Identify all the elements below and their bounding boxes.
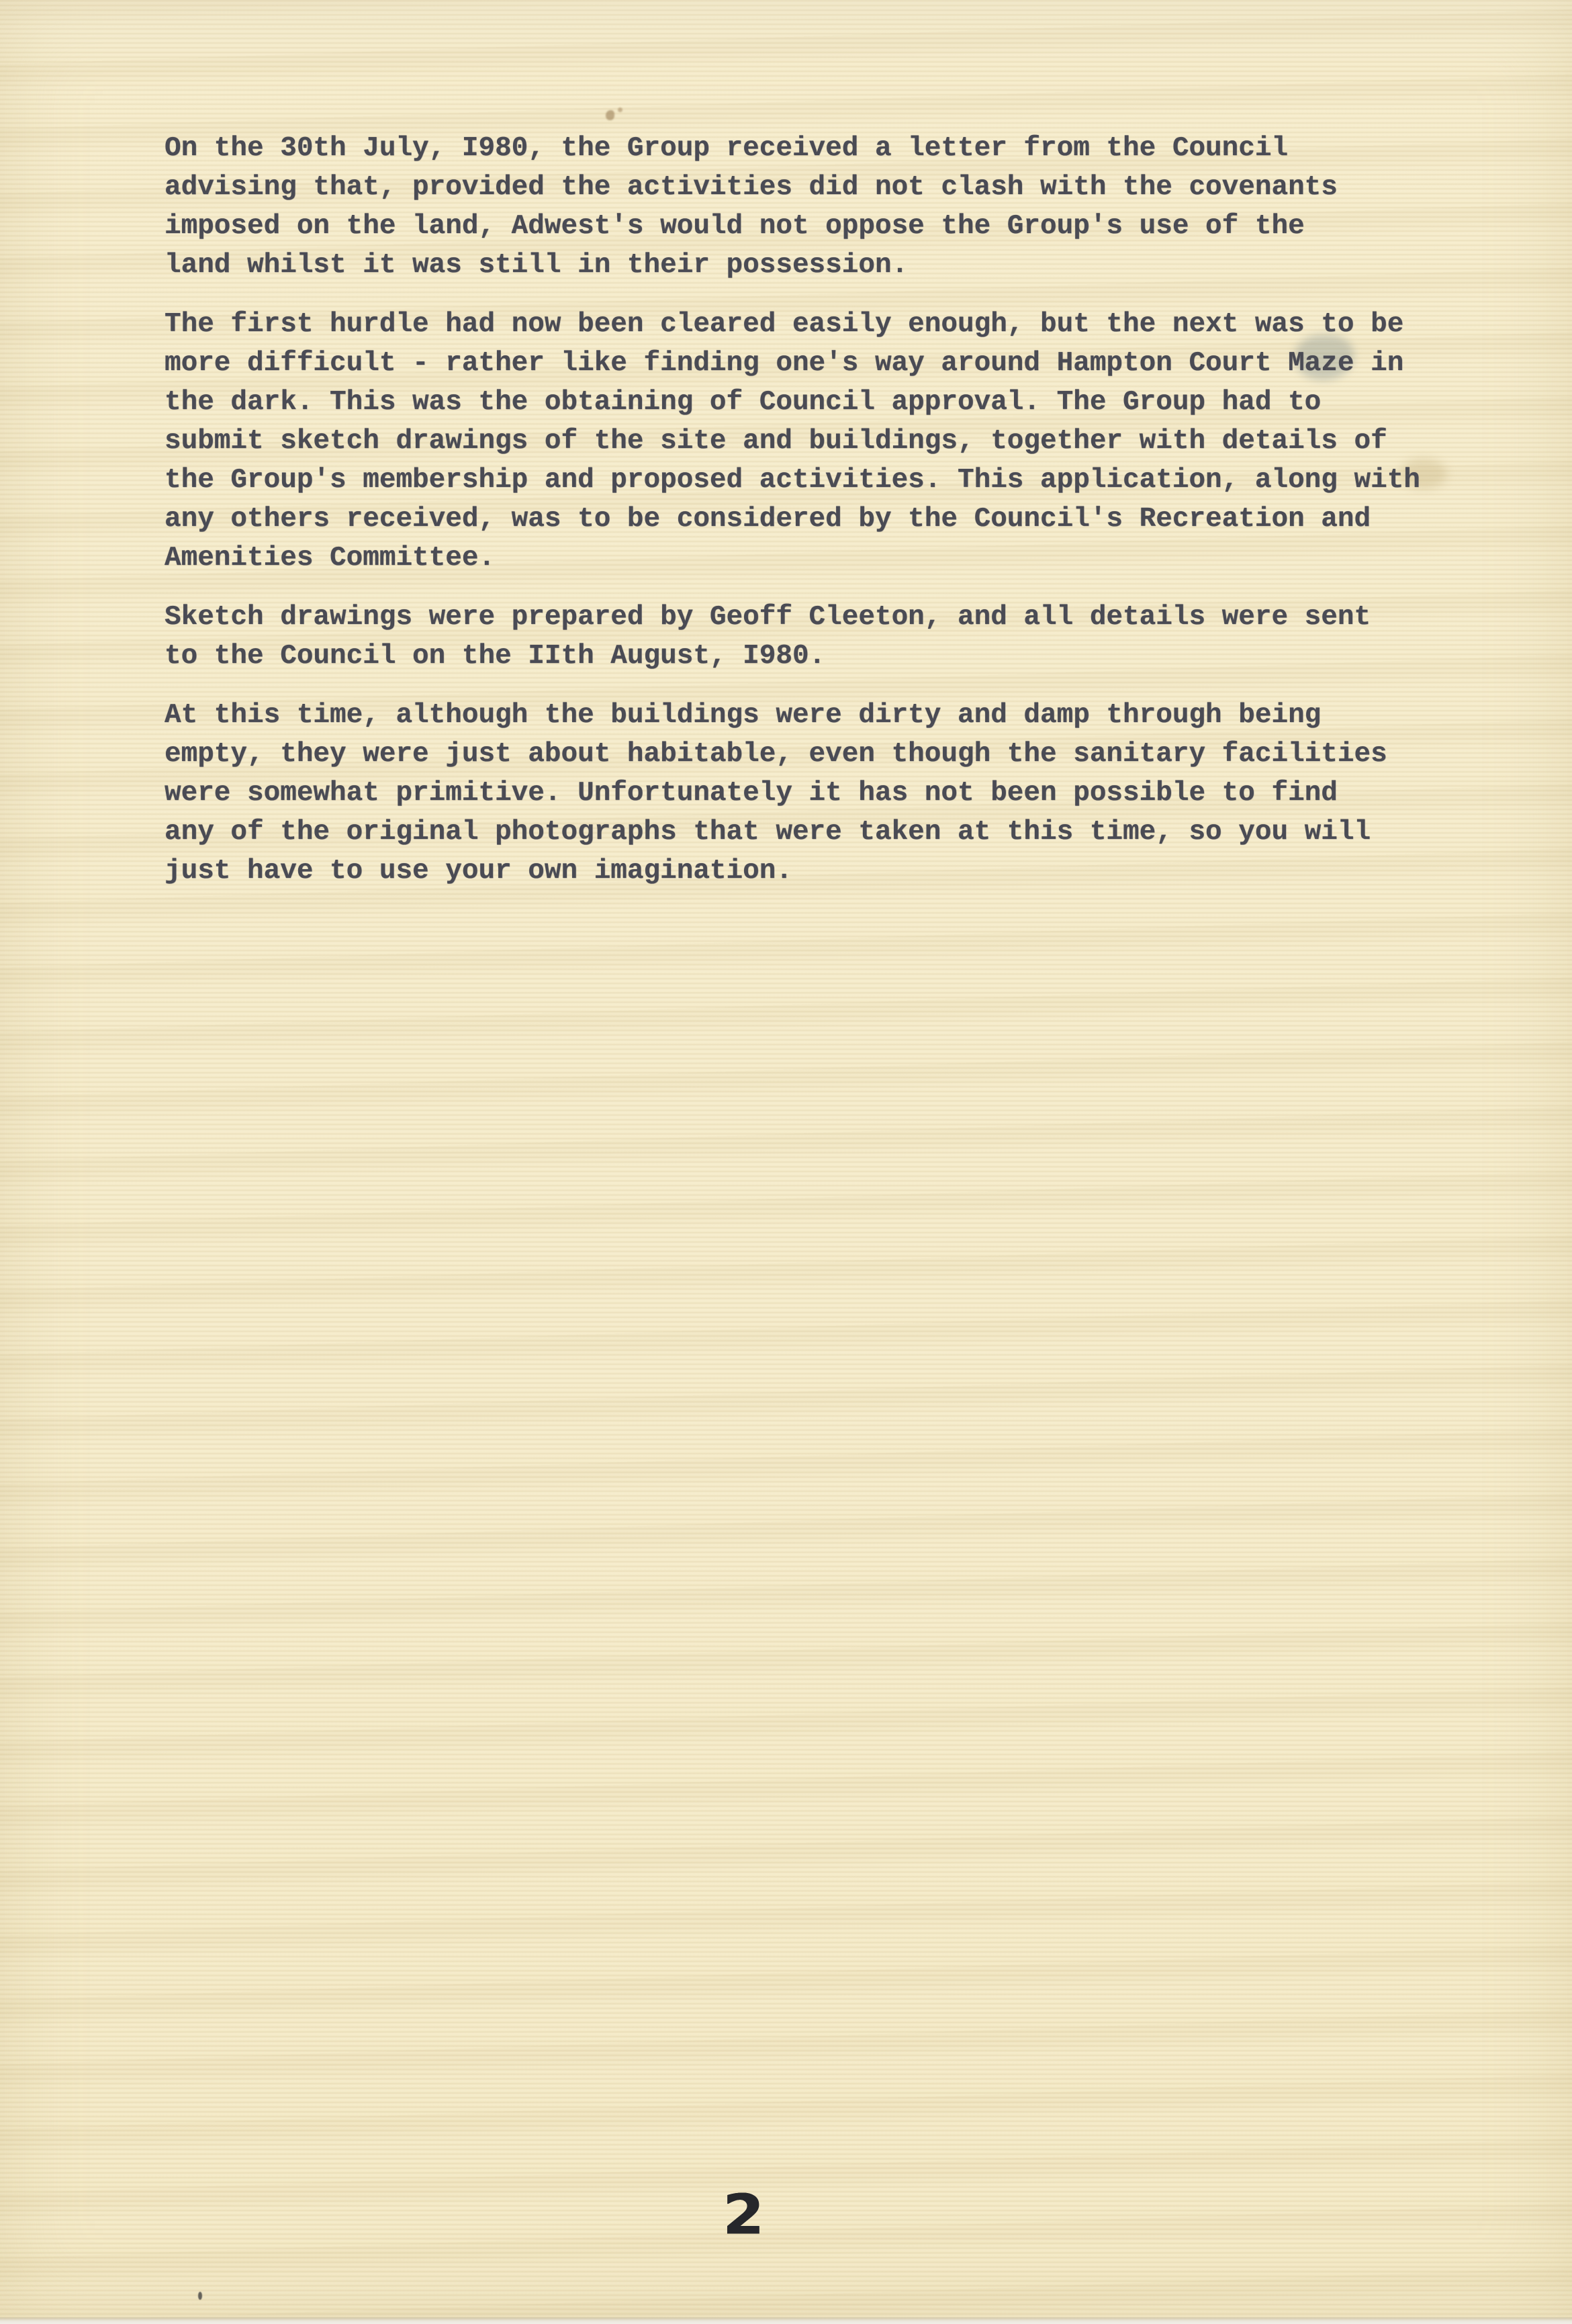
typewritten-line: At this time, although the buildings wer…: [165, 696, 1447, 735]
page-number: 2: [723, 2187, 764, 2242]
typewritten-line: imposed on the land, Adwest's would not …: [165, 207, 1447, 246]
typewritten-line: the dark. This was the obtaining of Coun…: [165, 383, 1447, 422]
typewritten-line: any others received, was to be considere…: [165, 500, 1447, 539]
typewritten-line: any of the original photographs that wer…: [165, 813, 1447, 852]
typewritten-line: to the Council on the IIth August, I980.: [165, 637, 1447, 676]
paragraph-2: The first hurdle had now been cleared ea…: [165, 305, 1447, 578]
paragraph-4: At this time, although the buildings wer…: [165, 696, 1447, 891]
typewritten-line: submit sketch drawings of the site and b…: [165, 422, 1447, 461]
paragraph-3: Sketch drawings were prepared by Geoff C…: [165, 598, 1447, 676]
typewritten-line: advising that, provided the activities d…: [165, 168, 1447, 207]
typewritten-line: The first hurdle had now been cleared ea…: [165, 305, 1447, 344]
typewritten-line: Amenities Committee.: [165, 539, 1447, 578]
typewritten-line: were somewhat primitive. Unfortunately i…: [165, 774, 1447, 813]
scanned-typewritten-page: { "document": { "paragraphs": [ { "lines…: [0, 0, 1572, 2324]
paragraph-1: On the 30th July, I980, the Group receiv…: [165, 129, 1447, 285]
typewritten-line: more difficult - rather like finding one…: [165, 344, 1447, 383]
typewritten-line: just have to use your own imagination.: [165, 852, 1447, 891]
scan-edge: [0, 2317, 1572, 2324]
typewritten-line: land whilst it was still in their posses…: [165, 246, 1447, 285]
typewritten-line: On the 30th July, I980, the Group receiv…: [165, 129, 1447, 168]
typewritten-line: Sketch drawings were prepared by Geoff C…: [165, 598, 1447, 637]
typewritten-line: empty, they were just about habitable, e…: [165, 735, 1447, 774]
typewritten-line: the Group's membership and proposed acti…: [165, 461, 1447, 500]
typewritten-text-block: On the 30th July, I980, the Group receiv…: [165, 129, 1447, 911]
